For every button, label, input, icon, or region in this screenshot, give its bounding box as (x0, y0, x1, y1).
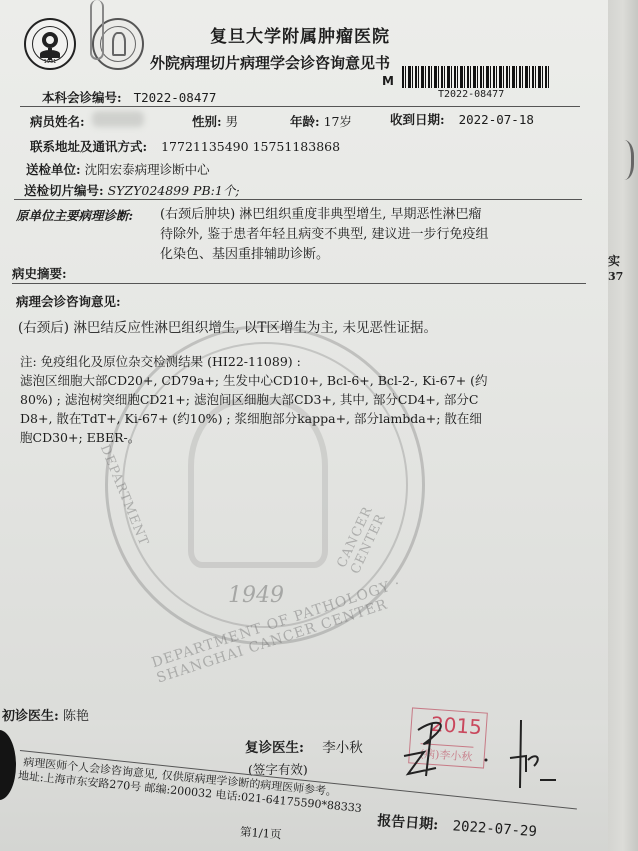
consult-conclusion: (右颈后) 淋巴结反应性淋巴组织增生, 以T区增生为主, 未见恶性证据。 (18, 316, 437, 336)
sending-unit-value: 沈阳宏泰病理诊断中心 (85, 162, 210, 177)
barcode-number: T2022-08477 (438, 89, 504, 100)
patient-name-redacted (92, 111, 144, 127)
original-diagnosis-text: (右颈后肿块) 淋巴组织重度非典型增生, 早期恶性淋巴瘤 待除外, 鉴于患者年轻… (160, 205, 570, 265)
consult-number-row: 本科会诊编号: T2022-08477 (42, 88, 216, 106)
received-date-field: 收到日期: 2022-07-18 (390, 110, 534, 128)
handwritten-mark (610, 140, 634, 180)
history-label: 病史摘要: (12, 264, 67, 282)
form-title: 外院病理切片病理学会诊咨询意见书 (150, 52, 390, 73)
patient-name-label: 病员姓名: (30, 112, 85, 130)
page-number: 第1/1页 (239, 824, 282, 843)
review-doctor-name: 李小秋 (322, 740, 363, 756)
slide-number-field: 送检切片编号: SYZY024899 PB:1个; (24, 181, 240, 199)
paper-clip (90, 0, 104, 60)
original-diagnosis-label: 原单位主要病理诊断: (16, 206, 133, 224)
consult-number: T2022-08477 (134, 90, 217, 105)
slide-number-value: SYZY024899 PB:1个; (108, 183, 240, 198)
background-edge-text: 37 (608, 270, 623, 283)
initial-doctor-field: 初诊医生: 陈艳 (2, 705, 89, 724)
gender-field: 性别: 男 (192, 112, 238, 130)
background-edge-text: 实 (608, 252, 620, 269)
barcode (402, 66, 550, 88)
review-doctor-field: 复诊医生: 李小秋 (245, 736, 363, 756)
age-field: 年龄: 17岁 (290, 112, 352, 130)
gender-value: 男 (226, 114, 239, 129)
immunohistochemistry-note: 注: 免疫组化及原位杂交检测结果 (HI22-11089) : 滤泡区细胞大部C… (20, 352, 488, 447)
barcode-prefix: M (382, 74, 394, 88)
hospital-logo: 1931 (24, 18, 76, 70)
contact-value: 17721135490 15751183868 (161, 139, 340, 154)
consult-opinion-label: 病理会诊咨询意见: (16, 292, 121, 310)
sending-unit-field: 送检单位: 沈阳宏泰病理诊断中心 (26, 160, 210, 178)
consultation-report-page: 1931 复旦大学附属肿瘤医院 外院病理切片病理学会诊咨询意见书 M T2022… (0, 0, 608, 851)
age-value: 17岁 (324, 114, 352, 129)
received-date: 2022-07-18 (459, 112, 534, 127)
contact-field: 联系地址及通讯方式: 17721135490 15751183868 (30, 137, 340, 155)
handwritten-signature (396, 712, 576, 792)
hospital-name: 复旦大学附属肿瘤医院 (210, 22, 390, 47)
initial-doctor-name: 陈艳 (63, 709, 89, 724)
